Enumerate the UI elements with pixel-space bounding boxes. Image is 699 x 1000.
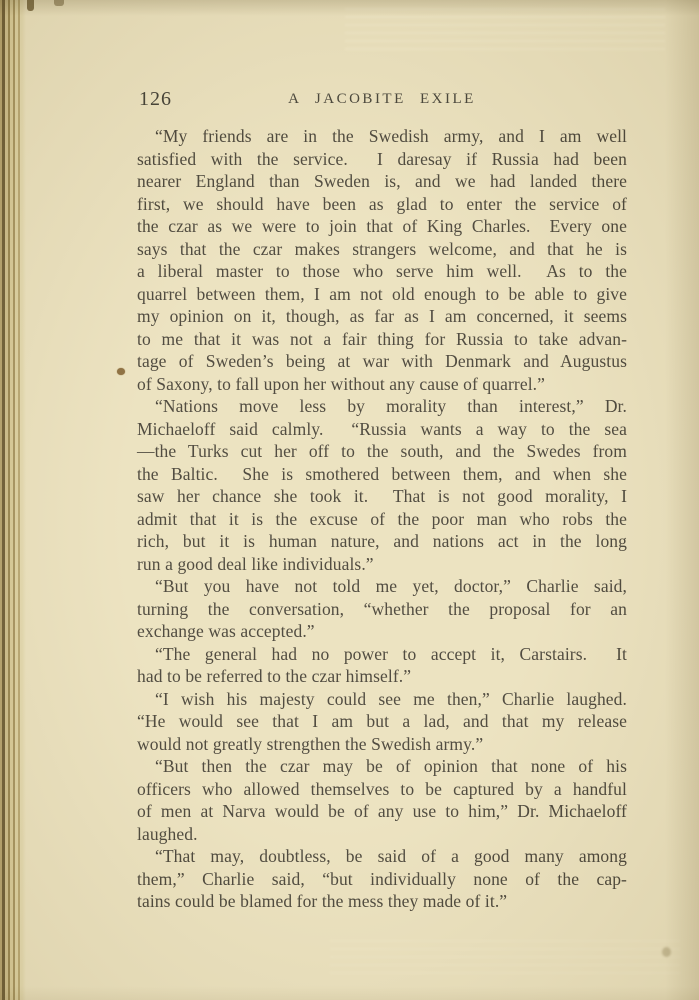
- text-line: admit that it is the excuse of the poor …: [137, 508, 627, 531]
- page-edge-notch: [27, 0, 34, 11]
- text-line: the czar as we were to join that of King…: [137, 215, 627, 238]
- paragraph: “That may, doubtless, be said of a good …: [137, 845, 627, 913]
- text-line: “He would see that I am but a lad, and t…: [137, 710, 627, 733]
- text-line: “My friends are in the Swedish army, and…: [137, 125, 627, 148]
- page-edge-stripes: [0, 0, 26, 1000]
- text-line: rich, but it is human nature, and nation…: [137, 530, 627, 553]
- text-line: of men at Narva would be of any use to h…: [137, 800, 627, 823]
- paragraph: “I wish his majesty could see me then,” …: [137, 688, 627, 756]
- scan-streak-top: [345, 8, 665, 50]
- text-line: the Baltic. She is smothered between the…: [137, 463, 627, 486]
- running-header: A JACOBITE EXILE: [137, 88, 627, 108]
- paragraph: “My friends are in the Swedish army, and…: [137, 125, 627, 395]
- text-line: “The general had no power to accept it, …: [137, 643, 627, 666]
- text-line: “That may, doubtless, be said of a good …: [137, 845, 627, 868]
- text-line: “But you have not told me yet, doctor,” …: [137, 575, 627, 598]
- text-line: satisfied with the service. I daresay if…: [137, 148, 627, 171]
- text-line: of Saxony, to fall upon her without any …: [137, 373, 627, 396]
- text-line: —the Turks cut her off to the south, and…: [137, 440, 627, 463]
- page-header: 126 A JACOBITE EXILE: [137, 88, 627, 125]
- text-line: would not greatly strengthen the Swedish…: [137, 733, 627, 756]
- page-edge-notch: [54, 0, 64, 6]
- text-line: first, we should have been as glad to en…: [137, 193, 627, 216]
- text-line: nearer England than Sweden is, and we ha…: [137, 170, 627, 193]
- text-line: had to be referred to the czar himself.”: [137, 665, 627, 688]
- paragraph: “The general had no power to accept it, …: [137, 643, 627, 688]
- book-page-scan: 126 A JACOBITE EXILE “My friends are in …: [0, 0, 699, 1000]
- text-line: says that the czar makes strangers welco…: [137, 238, 627, 261]
- text-line: a liberal master to those who serve him …: [137, 260, 627, 283]
- paragraph: “But then the czar may be of opinion tha…: [137, 755, 627, 845]
- page-content: 126 A JACOBITE EXILE “My friends are in …: [137, 88, 627, 913]
- text-line: laughed.: [137, 823, 627, 846]
- text-line: run a good deal like individuals.”: [137, 553, 627, 576]
- text-line: tage of Sweden’s being at war with Denma…: [137, 350, 627, 373]
- paragraph: “But you have not told me yet, doctor,” …: [137, 575, 627, 643]
- text-line: my opinion on it, though, as far as I am…: [137, 305, 627, 328]
- text-line: “Nations move less by morality than inte…: [137, 395, 627, 418]
- text-line: to me that it was not a fair thing for R…: [137, 328, 627, 351]
- text-line: quarrel between them, I am not old enoug…: [137, 283, 627, 306]
- text-line: “But then the czar may be of opinion tha…: [137, 755, 627, 778]
- text-line: them,” Charlie said, “but individually n…: [137, 868, 627, 891]
- text-line: turning the conversation, “whether the p…: [137, 598, 627, 621]
- text-line: saw her chance she took it. That is not …: [137, 485, 627, 508]
- text-line: exchange was accepted.”: [137, 620, 627, 643]
- text-body: “My friends are in the Swedish army, and…: [137, 125, 627, 913]
- text-line: officers who allowed themselves to be ca…: [137, 778, 627, 801]
- page-number: 126: [139, 88, 172, 111]
- text-line: “I wish his majesty could see me then,” …: [137, 688, 627, 711]
- text-line: tains could be blamed for the mess they …: [137, 890, 627, 913]
- scan-streak-bottom: [330, 940, 680, 978]
- text-line: Michaeloff said calmly. “Russia wants a …: [137, 418, 627, 441]
- scan-smudge: [662, 947, 671, 957]
- paragraph: “Nations move less by morality than inte…: [137, 395, 627, 575]
- ink-speck: [117, 368, 125, 375]
